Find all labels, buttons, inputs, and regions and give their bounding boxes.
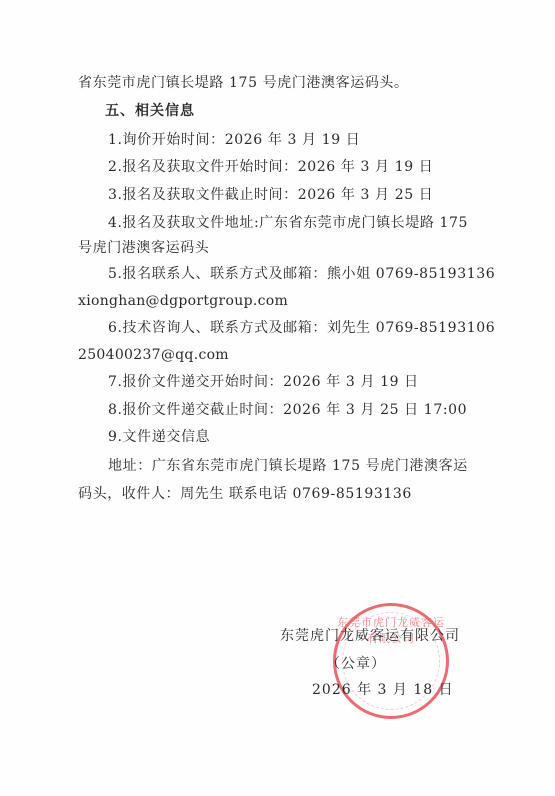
section-heading: 五、相关信息 <box>105 102 195 120</box>
delivery-address-continuation: 码头，收件人：周先生 联系电话 0769-85193136 <box>78 485 412 503</box>
item-5-email: xionghan@dgportgroup.com <box>78 292 288 310</box>
item-4-continuation: 号虎门港澳客运码头 <box>78 239 209 257</box>
address-continuation: 省东莞市虎门镇长堤路 175 号虎门港澳客运码头。 <box>78 74 409 92</box>
item-1: 1.询价开始时间：2026 年 3 月 19 日 <box>108 131 360 149</box>
item-4: 4.报名及获取文件地址:广东省东莞市虎门镇长堤路 175 <box>108 214 468 232</box>
item-6: 6.技术咨询人、联系方式及邮箱：刘先生 0769-85193106 <box>108 319 495 337</box>
signature-date: 2026 年 3 月 18 日 <box>312 681 454 699</box>
seal-note: （公章） <box>326 655 386 673</box>
item-3: 3.报名及获取文件截止时间：2026 年 3 月 25 日 <box>108 186 433 204</box>
item-8: 8.报价文件递交截止时间：2026 年 3 月 25 日 17:00 <box>108 401 467 419</box>
item-6-email: 250400237@qq.com <box>78 346 229 364</box>
item-2: 2.报名及获取文件开始时间：2026 年 3 月 19 日 <box>108 158 433 176</box>
delivery-address: 地址：广东省东莞市虎门镇长堤路 175 号虎门港澳客运 <box>108 457 468 475</box>
item-9: 9.文件递交信息 <box>108 428 210 446</box>
item-7: 7.报价文件递交开始时间：2026 年 3 月 19 日 <box>108 373 419 391</box>
item-5: 5.报名联系人、联系方式及邮箱：熊小姐 0769-85193136 <box>108 265 495 283</box>
company-name: 东莞虎门龙威客运有限公司 <box>280 627 460 645</box>
